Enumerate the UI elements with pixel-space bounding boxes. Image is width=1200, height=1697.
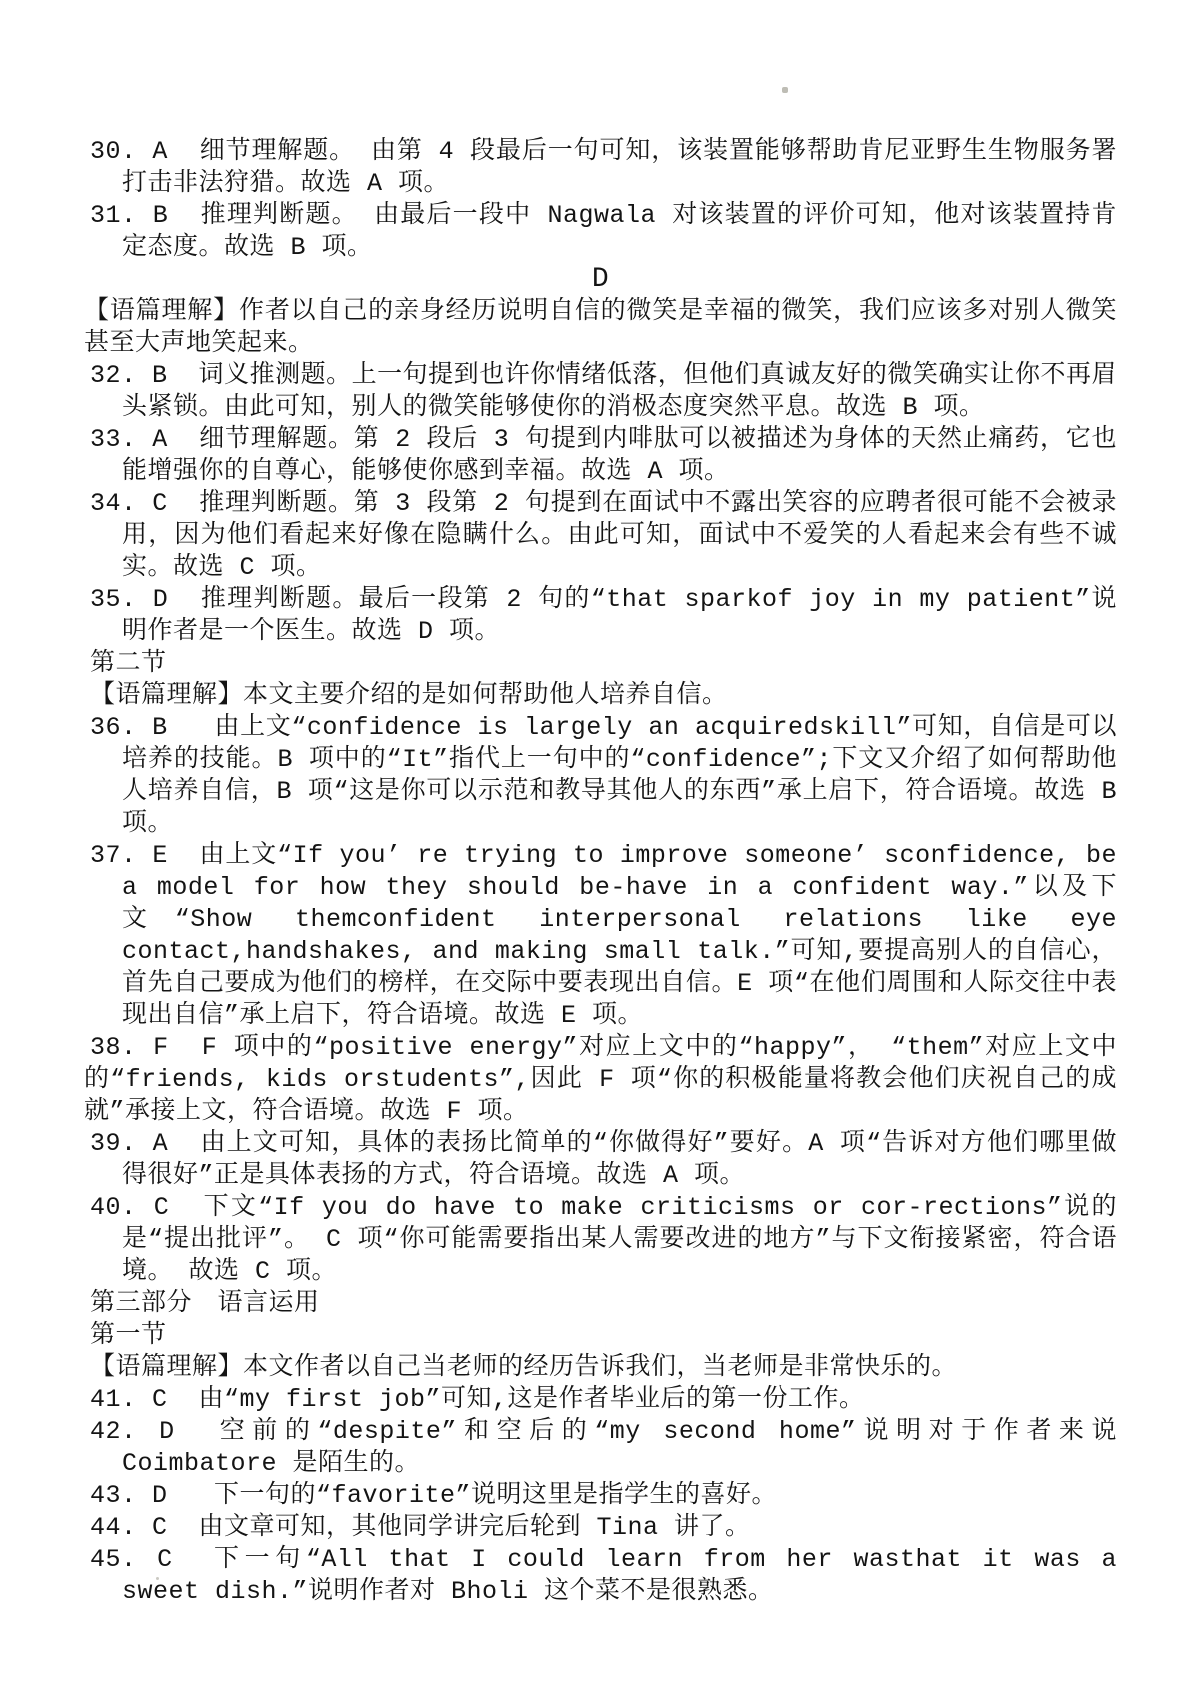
passage-d-summary: 【语篇理解】作者以自己的亲身经历说明自信的微笑是幸福的微笑，我们应该多对别人微笑… (84, 296, 1117, 360)
answer-item-43: 43. D 下一句的“favorite”说明这里是指学生的喜好。 (84, 1480, 1117, 1512)
answer-item-36: 36. B 由上文“confidence is largely an acqui… (84, 712, 1117, 840)
ink-speck-top (782, 87, 788, 93)
ink-speck-bottom (156, 1577, 159, 1580)
answer-key-page: 30. A 细节理解题。 由第 4 段最后一句可知，该装置能够帮助肯尼亚野生生物… (0, 0, 1200, 1697)
answer-item-31: 31. B 推理判断题。 由最后一段中 Nagwala 对该装置的评价可知，他对… (84, 200, 1117, 264)
passage-2-summary: 【语篇理解】本文主要介绍的是如何帮助他人培养自信。 (84, 680, 1117, 712)
answer-item-33: 33. A 细节理解题。第 2 段后 3 句提到内啡肽可以被描述为身体的天然止痛… (84, 424, 1117, 488)
answer-item-37: 37. E 由上文“If you’ re trying to improve s… (84, 840, 1117, 1032)
answer-item-44: 44. C 由文章可知，其他同学讲完后轮到 Tina 讲了。 (84, 1512, 1117, 1544)
passage-3-summary: 【语篇理解】本文作者以自己当老师的经历告诉我们，当老师是非常快乐的。 (84, 1352, 1117, 1384)
answer-item-40: 40. C 下文“If you do have to make criticis… (84, 1192, 1117, 1288)
section-1-heading: 第一节 (84, 1320, 1117, 1352)
answer-item-38: 38. F F 项中的“positive energy”对应上文中的“happy… (84, 1032, 1117, 1128)
answer-item-41: 41. C 由“my first job”可知,这是作者毕业后的第一份工作。 (84, 1384, 1117, 1416)
answer-item-45: 45. C 下一句“All that I could learn from he… (84, 1544, 1117, 1608)
answer-item-30: 30. A 细节理解题。 由第 4 段最后一句可知，该装置能够帮助肯尼亚野生生物… (84, 136, 1117, 200)
passage-d-heading: D (84, 264, 1117, 296)
answer-item-39: 39. A 由上文可知，具体的表扬比简单的“你做得好”要好。A 项“告诉对方他们… (84, 1128, 1117, 1192)
part-3-heading: 第三部分 语言运用 (84, 1288, 1117, 1320)
answer-item-35: 35. D 推理判断题。最后一段第 2 句的“that sparkof joy … (84, 584, 1117, 648)
section-2-heading: 第二节 (84, 648, 1117, 680)
answer-item-32: 32. B 词义推测题。上一句提到也许你情绪低落，但他们真诚友好的微笑确实让你不… (84, 360, 1117, 424)
answer-item-42: 42. D 空前的“despite”和空后的“my second home”说明… (84, 1416, 1117, 1480)
answer-key-text-block: 30. A 细节理解题。 由第 4 段最后一句可知，该装置能够帮助肯尼亚野生生物… (84, 136, 1117, 1608)
answer-item-34: 34. C 推理判断题。第 3 段第 2 句提到在面试中不露出笑容的应聘者很可能… (84, 488, 1117, 584)
